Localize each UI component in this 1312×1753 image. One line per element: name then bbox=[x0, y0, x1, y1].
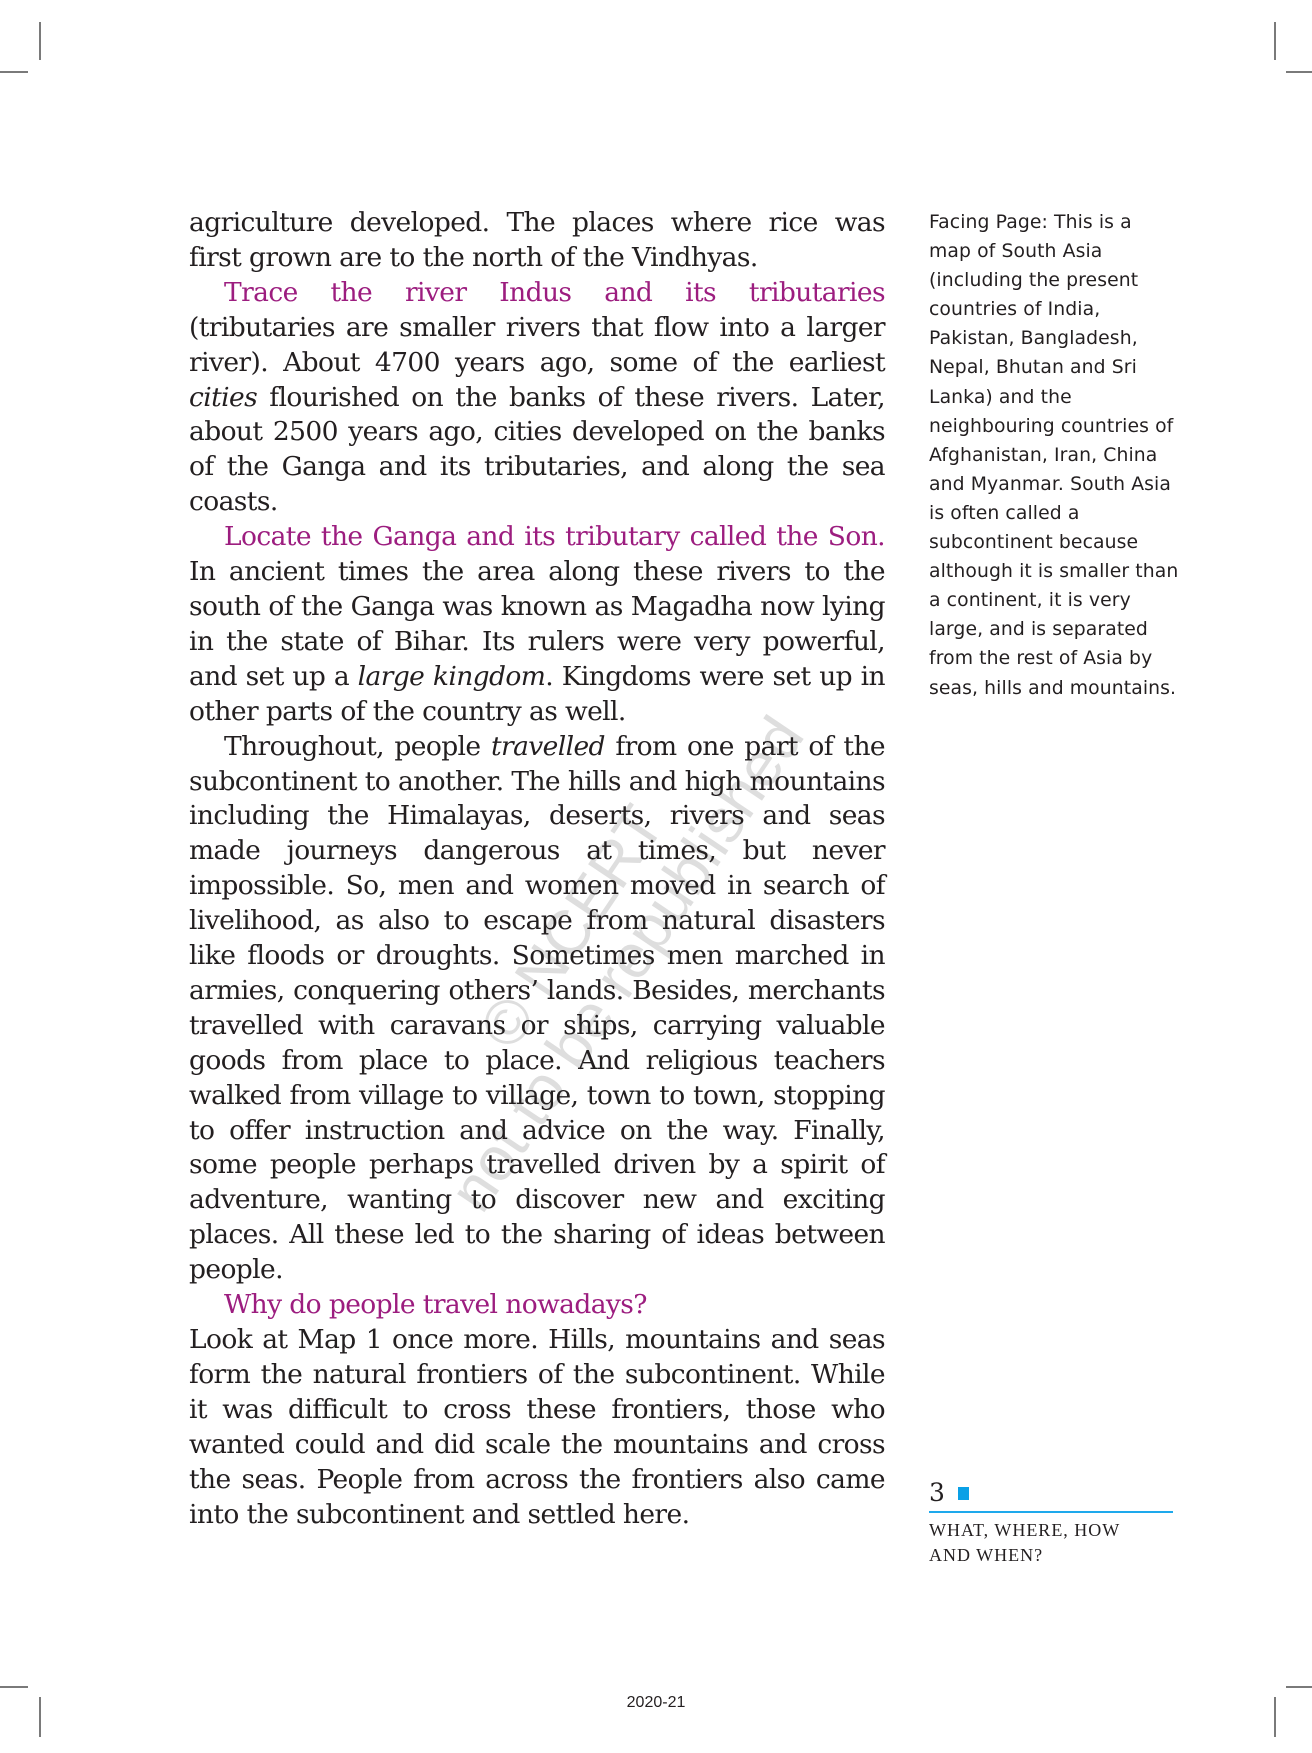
main-text-column: agriculture developed. The places where … bbox=[189, 206, 885, 1532]
paragraph-5: Why do people travel nowadays? bbox=[189, 1288, 885, 1323]
paragraph-text: (tributaries are smaller rivers that flo… bbox=[189, 312, 885, 378]
page-marker-rule bbox=[929, 1511, 1173, 1513]
crop-mark-top-left-v bbox=[39, 22, 41, 60]
paragraph-4: Throughout, people travelled from one pa… bbox=[189, 730, 885, 1289]
paragraph-text: Look at Map 1 once more. Hills, mountain… bbox=[189, 1324, 885, 1530]
activity-question: Why do people travel nowadays? bbox=[224, 1289, 647, 1320]
sidebar-caption: Facing Page: This is a map of South Asia… bbox=[929, 208, 1179, 703]
page-number: 3 bbox=[929, 1478, 945, 1507]
emphasis-text: cities bbox=[189, 382, 257, 413]
page-marker-square-icon bbox=[958, 1487, 969, 1500]
paragraph-text: agriculture developed. The places where … bbox=[189, 207, 885, 273]
paragraph-text: Throughout, people bbox=[224, 731, 491, 762]
emphasis-text: travelled bbox=[491, 731, 605, 762]
paragraph-3: Locate the Ganga and its tributary calle… bbox=[189, 520, 885, 729]
crop-mark-bottom-right-h bbox=[1286, 1686, 1312, 1688]
book-title: WHAT, WHERE, HOW AND WHEN? bbox=[929, 1518, 1120, 1568]
footer-year: 2020-21 bbox=[0, 1694, 1312, 1712]
book-title-line-1: WHAT, WHERE, HOW bbox=[929, 1518, 1120, 1543]
book-title-line-2: AND WHEN? bbox=[929, 1543, 1120, 1568]
crop-mark-bottom-left-h bbox=[0, 1686, 28, 1688]
paragraph-text: from one part of the subcontinent to ano… bbox=[189, 731, 885, 1286]
paragraph-6: Look at Map 1 once more. Hills, mountain… bbox=[189, 1323, 885, 1532]
emphasis-text: large kingdom bbox=[358, 661, 546, 692]
paragraph-text: flourished on the banks of these rivers.… bbox=[189, 382, 885, 518]
paragraph-2: Trace the river Indus and its tributarie… bbox=[189, 276, 885, 520]
crop-mark-top-left-h bbox=[0, 71, 28, 73]
activity-highlight: Locate the Ganga and its tributary calle… bbox=[224, 521, 885, 552]
paragraph-1: agriculture developed. The places where … bbox=[189, 206, 885, 276]
crop-mark-top-right-h bbox=[1286, 71, 1312, 73]
activity-highlight: Trace the river Indus and its tributarie… bbox=[224, 277, 885, 308]
crop-mark-top-right-v bbox=[1274, 22, 1276, 60]
